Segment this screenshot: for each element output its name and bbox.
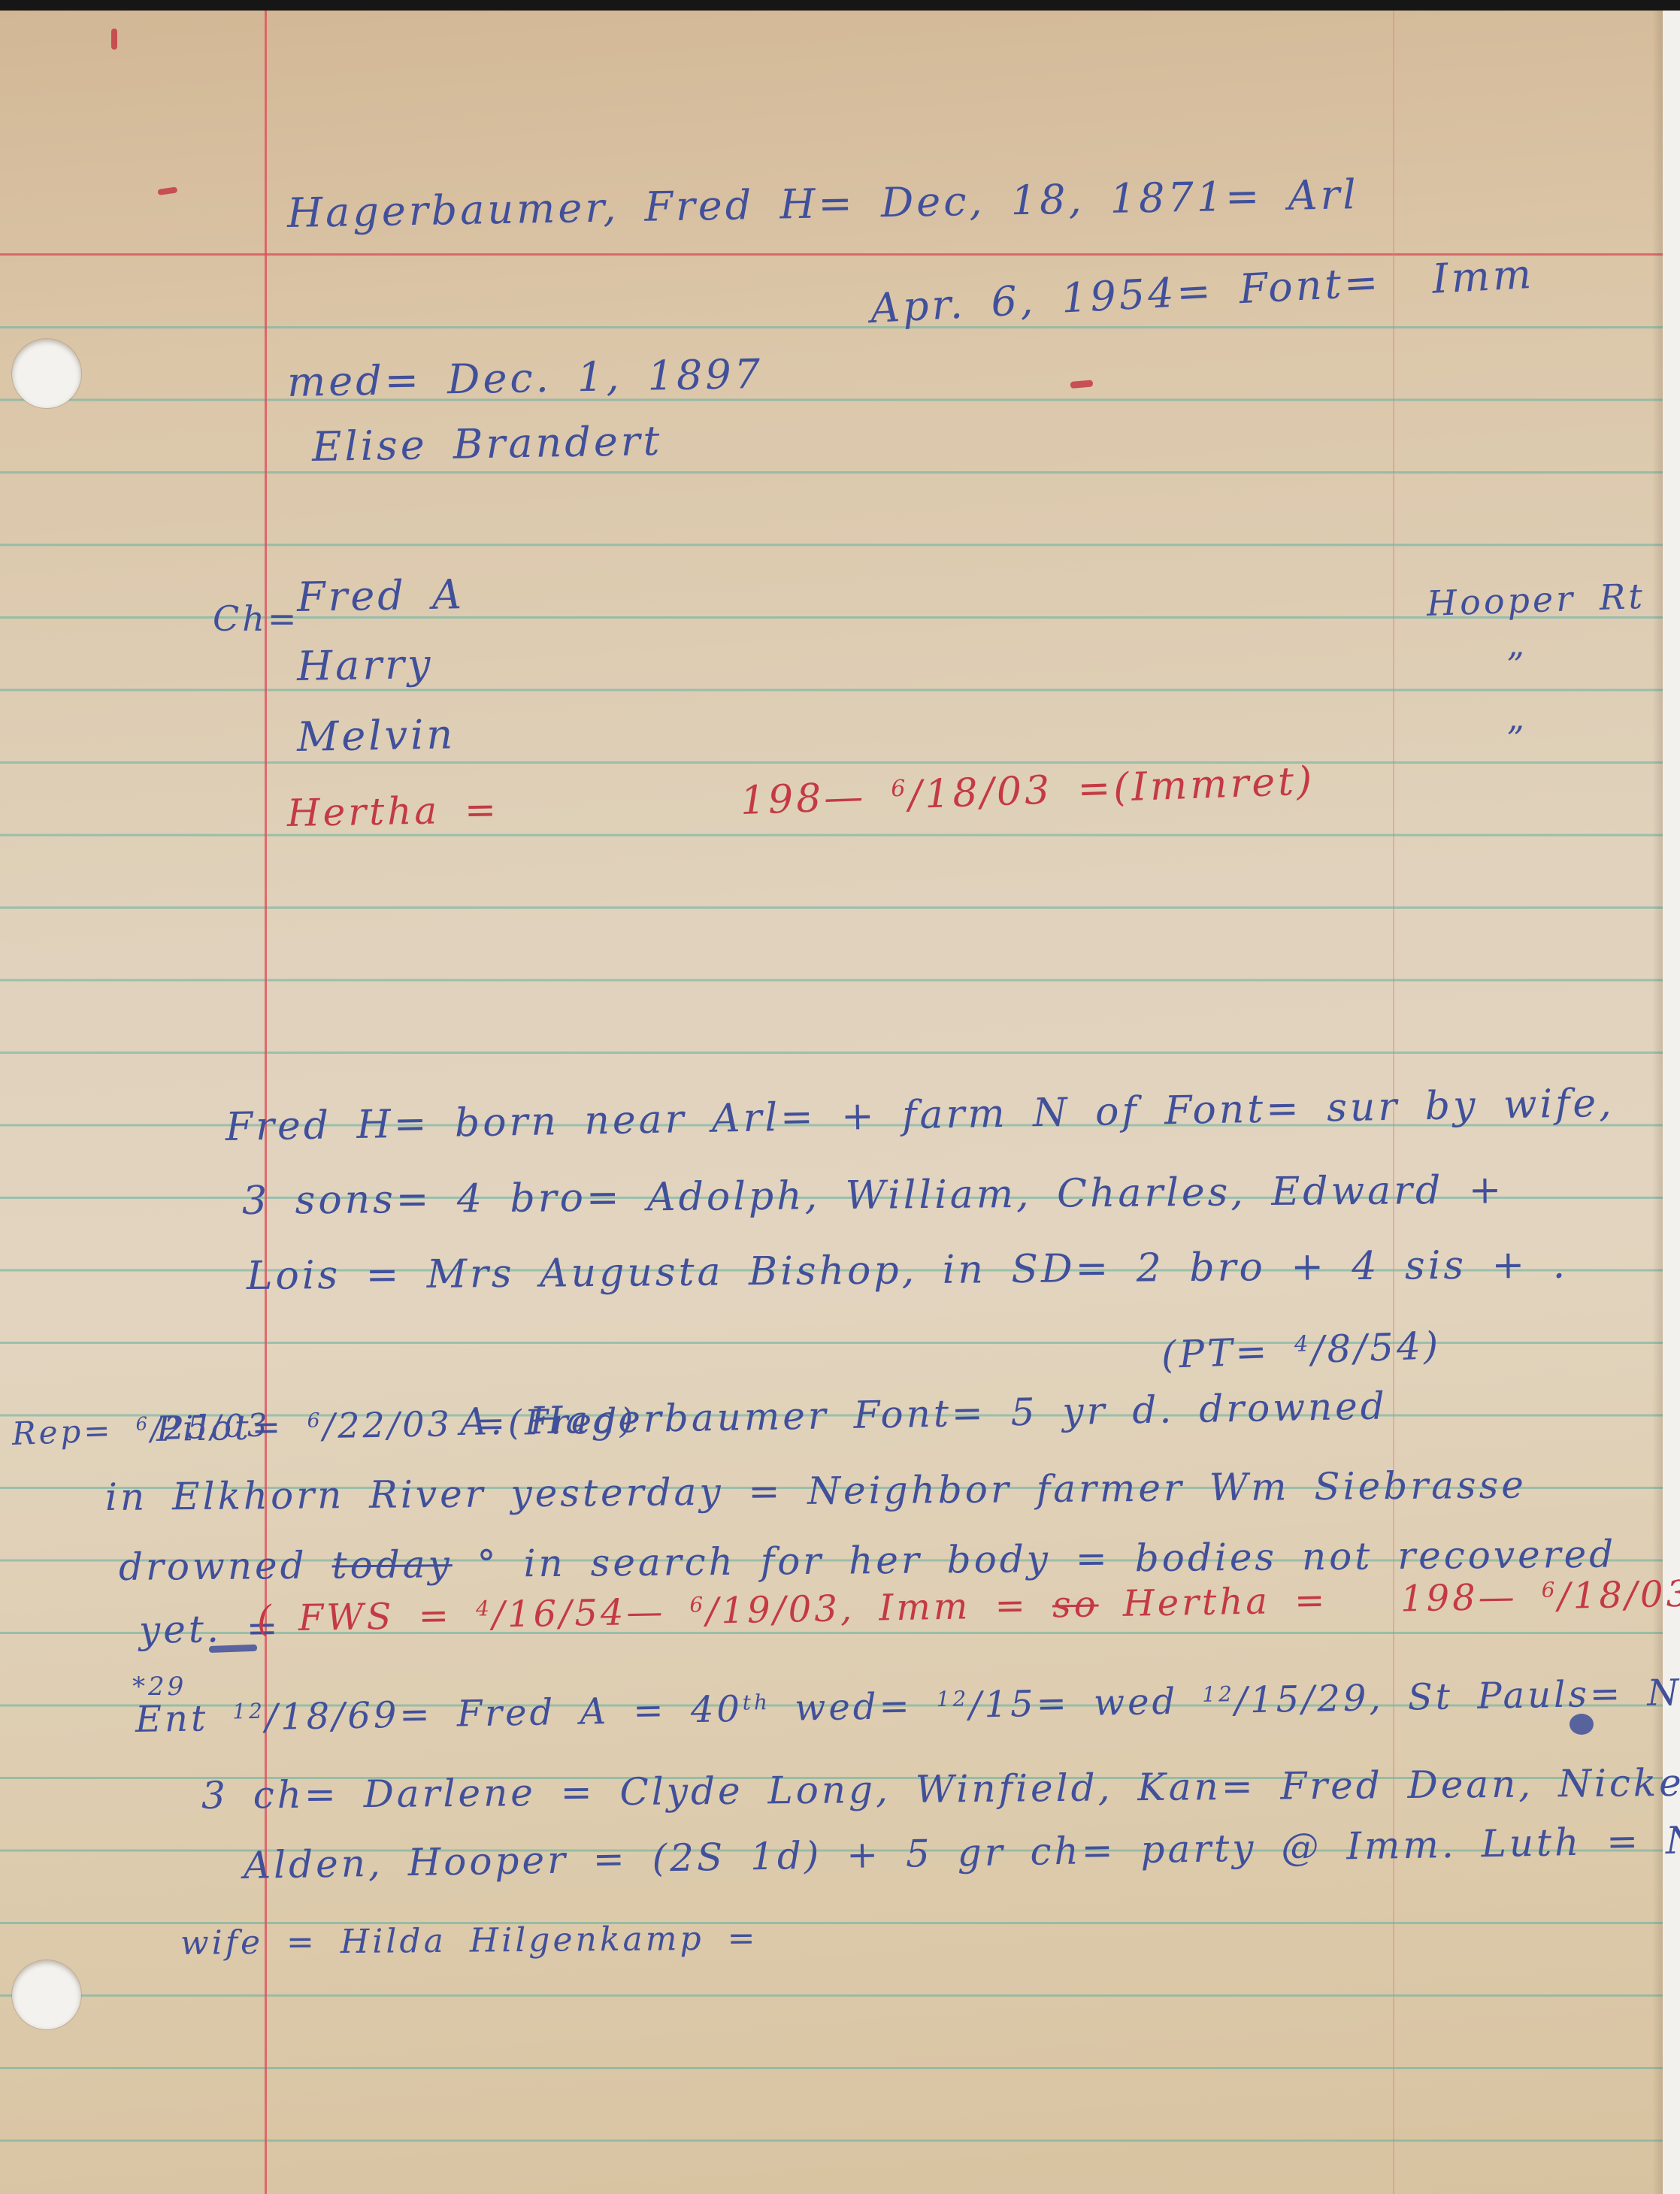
ditto-mark-1: ”: [1506, 648, 1527, 682]
line-marriage-date: med= Dec. 1, 1897: [287, 354, 764, 403]
child-harry: Harry: [297, 644, 434, 687]
note-hooper-rt: Hooper Rt: [1426, 579, 1645, 621]
source-pt: (PT= 4/8/54): [1161, 1327, 1442, 1374]
child-melvin: Melvin: [297, 714, 456, 758]
scanner-background-strip: [1663, 0, 1680, 2194]
line-name-header: Hagerbaumer, Fred H= Dec, 18, 1871= Arl: [287, 174, 1360, 234]
paper-edge-shadow: [1652, 9, 1663, 2194]
margin-star-29: *29: [132, 1674, 186, 1699]
obit-line-3: Lois = Mrs Augusta Bishop, in SD= 2 bro …: [247, 1245, 1569, 1296]
child-fred-a: Fred A: [297, 574, 465, 618]
red-dash-upper-left: [157, 186, 177, 195]
paper: Hagerbaumer, Fred H= Dec, 18, 1871= ArlA…: [0, 9, 1663, 2194]
red-header-line: [0, 253, 1663, 256]
scanned-page: Hagerbaumer, Fred H= Dec, 18, 1871= ArlA…: [0, 0, 1680, 2194]
red-tick-top-left: [111, 29, 117, 50]
wife-line: wife = Hilda Hilgenkamp =: [180, 1922, 758, 1960]
scanner-top-edge: [0, 0, 1680, 11]
ditto-mark-2: ”: [1506, 722, 1527, 756]
hole-punch-top: [12, 339, 81, 408]
hole-punch-bottom: [12, 1960, 81, 2029]
child-hertha: Hertha =: [287, 791, 500, 832]
line-death-date: Apr. 6, 1954= Font= Imm: [870, 254, 1536, 329]
blue-ink-blot-ent-line: [1570, 1714, 1594, 1735]
label-children: Ch=: [213, 601, 299, 636]
obit-line-2: 3 sons= 4 bro= Adolph, William, Charles,…: [242, 1170, 1505, 1221]
line-spouse: Elise Brandert: [312, 421, 663, 468]
